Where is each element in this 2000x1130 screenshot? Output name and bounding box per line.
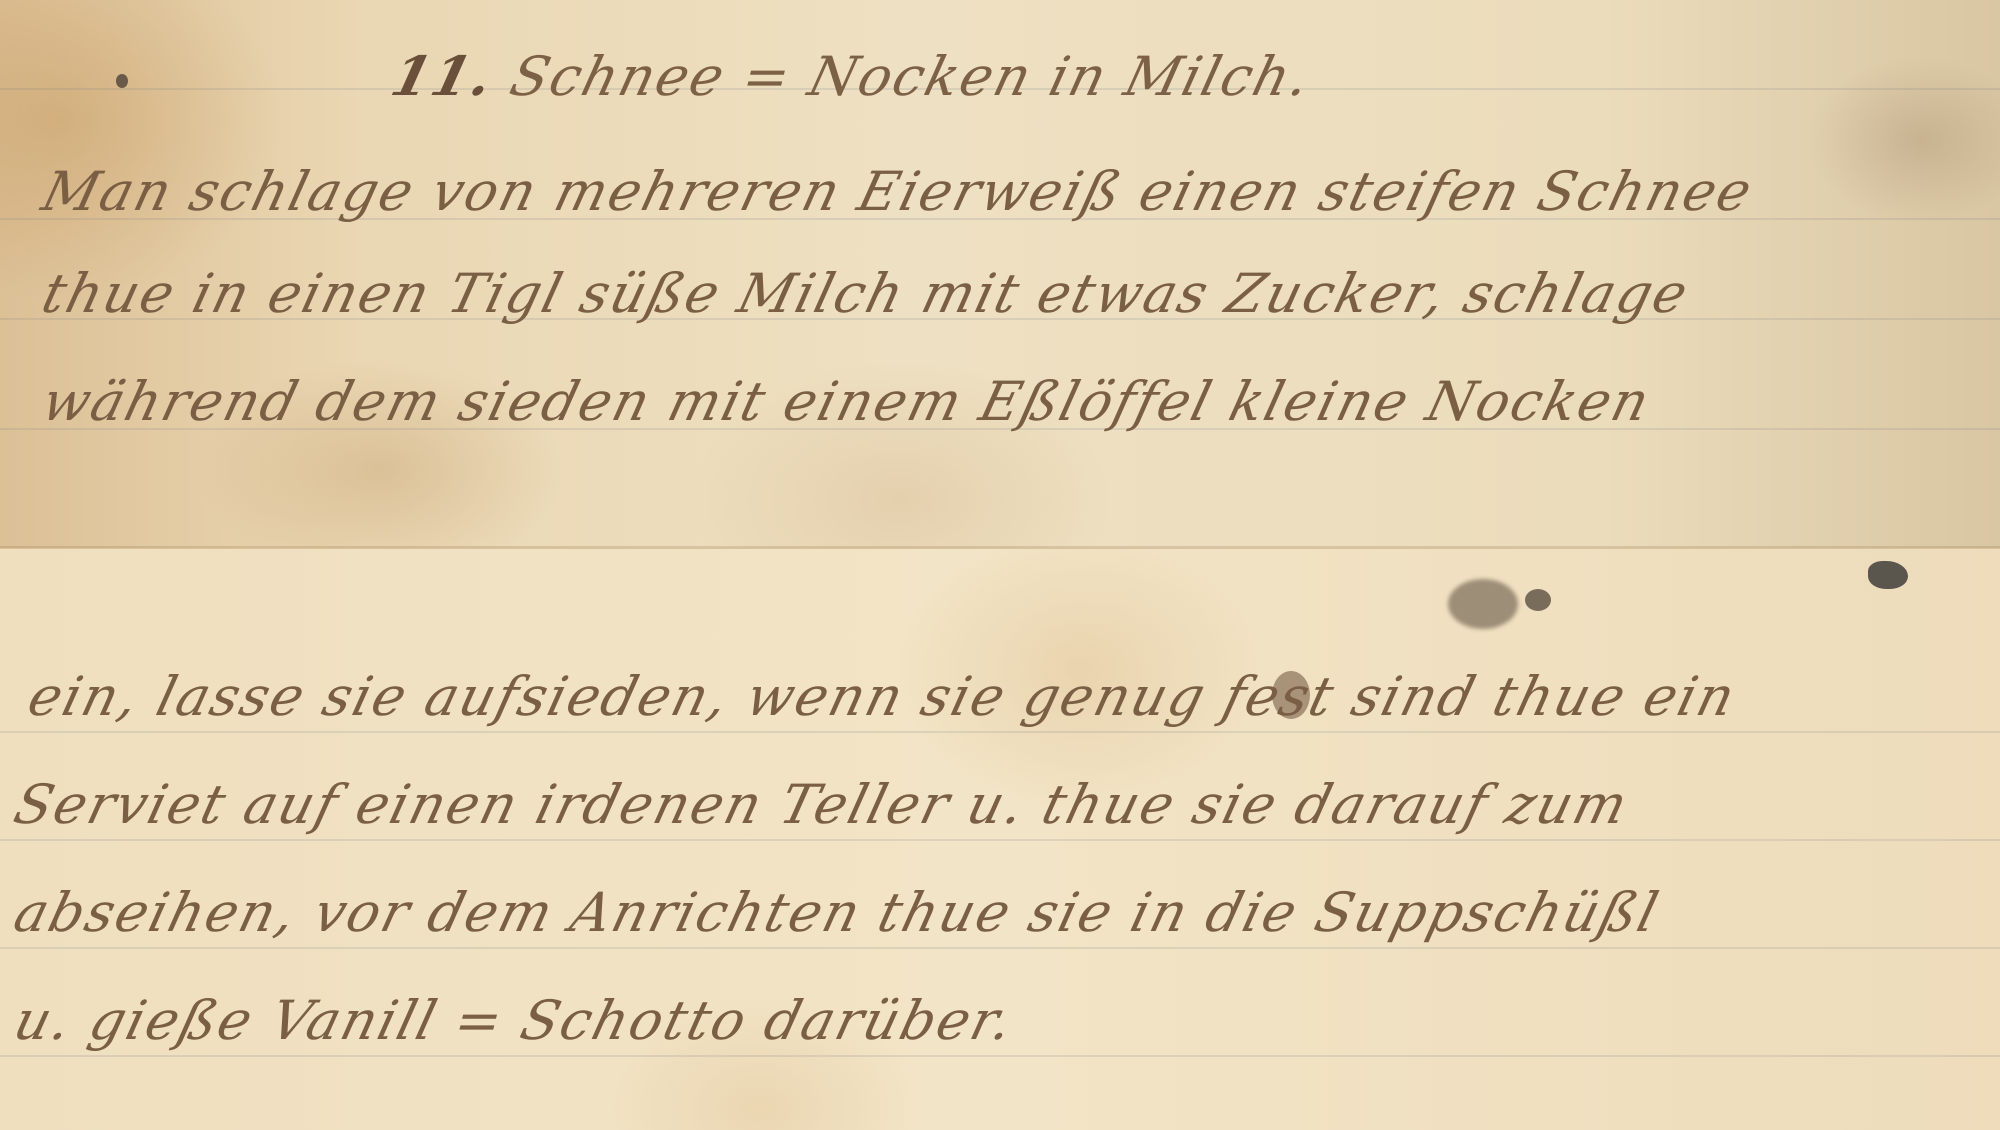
recipe-title: 11. Schnee = Nocken in Milch.: [385, 44, 1318, 108]
ruled-line: [0, 1055, 2000, 1057]
text-line-6: abseihen, vor dem Anrichten thue sie in …: [8, 881, 1666, 944]
recipe-title-text: Schnee = Nocken in Milch.: [504, 45, 1318, 108]
scan-upper-section: 11. Schnee = Nocken in Milch. Man schlag…: [0, 0, 2000, 548]
ink-stain: [1448, 579, 1518, 629]
ink-dot: [116, 74, 128, 88]
recipe-number: 11.: [385, 44, 501, 108]
manuscript-page: 11. Schnee = Nocken in Milch. Man schlag…: [0, 0, 2000, 1130]
text-line-3: während dem sieden mit einem Eßlöffel kl…: [36, 370, 1657, 433]
ink-mark: [1868, 561, 1908, 589]
text-line-4: ein, lasse sie aufsieden, wenn sie genug…: [22, 665, 1743, 728]
text-line-2: thue in einen Tigl süße Milch mit etwas …: [36, 262, 1696, 325]
text-line-7: u. gieße Vanill = Schotto darüber.: [8, 989, 1021, 1052]
scan-lower-section: ein, lasse sie aufsieden, wenn sie genug…: [0, 548, 2000, 1130]
text-line-5: Serviet auf einen irdenen Teller u. thue…: [8, 773, 1635, 836]
ruled-line: [0, 947, 2000, 949]
text-line-1: Man schlage von mehreren Eierweiß einen …: [36, 160, 1760, 223]
ink-stain: [1525, 589, 1551, 611]
ruled-line: [0, 731, 2000, 733]
ruled-line: [0, 839, 2000, 841]
